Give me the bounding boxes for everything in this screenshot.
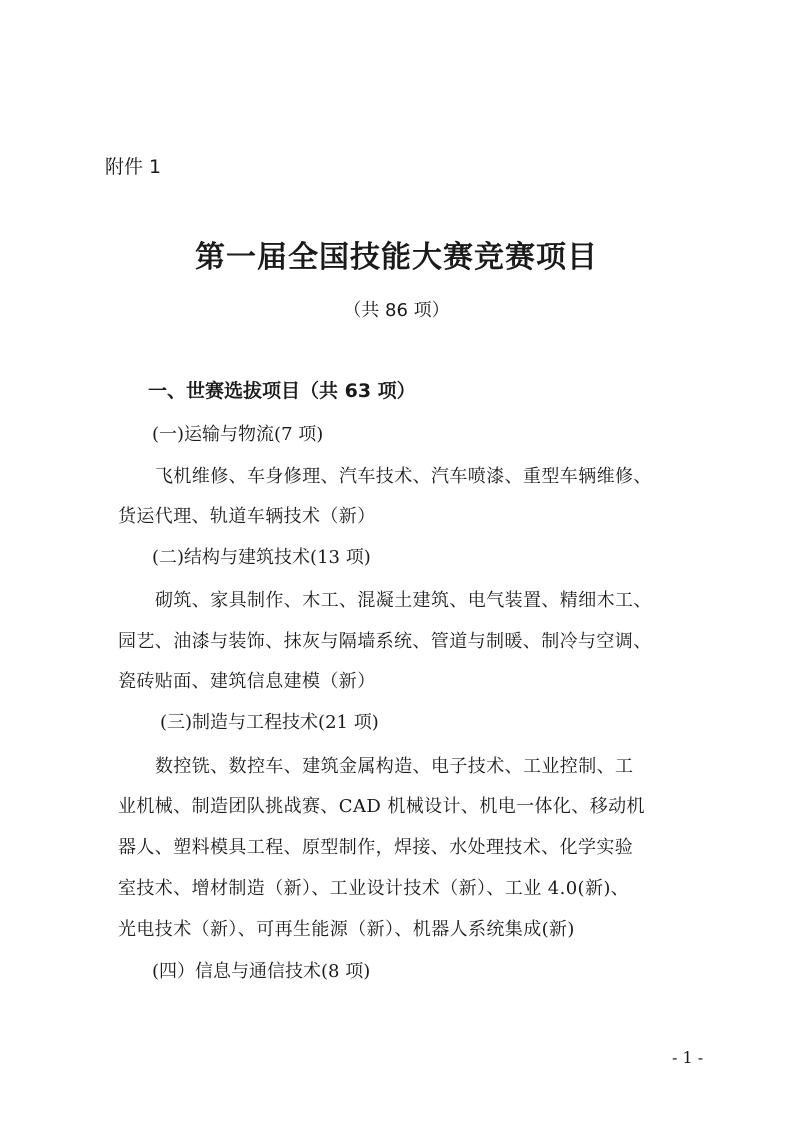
attachment-label: 附件 1 (105, 152, 161, 179)
group-line: 器人、塑料模具工程、原型制作，焊接、水处理技术、化学实验 (118, 833, 633, 859)
group-heading-manufacturing: (三)制造与工程技术(21 项) (160, 708, 379, 734)
group-line: 业机械、制造团队挑战赛、CAD 机械设计、机电一体化、移动机 (118, 792, 645, 818)
group-line: 飞机维修、车身修理、汽车技术、汽车喷漆、重型车辆维修、 (155, 462, 652, 488)
group-line: 园艺、油漆与装饰、抹灰与隔墙系统、管道与制暖、制冷与空调、 (118, 627, 652, 653)
group-heading-ict: (四）信息与通信技术(8 项) (152, 957, 370, 983)
group-line: 数控铣、数控车、建筑金属构造、电子技术、工业控制、工 (155, 752, 633, 778)
section-heading: 一、世赛选拔项目（共 63 项） (148, 376, 416, 403)
group-line: 瓷砖贴面、建筑信息建模（新） (118, 667, 376, 693)
group-heading-construction: (二)结构与建筑技术(13 项) (152, 543, 371, 569)
page-number: - 1 - (672, 1048, 703, 1067)
document-subtitle: （共 86 项） (0, 296, 793, 322)
group-line: 室技术、增材制造（新）、工业设计技术（新）、工业 4.0(新)、 (118, 874, 629, 900)
group-heading-transport: (一)运输与物流(7 项) (152, 420, 323, 446)
group-line: 光电技术（新）、可再生能源（新）、机器人系统集成(新) (118, 915, 575, 941)
group-line: 货运代理、轨道车辆技术（新） (118, 502, 376, 528)
group-line: 砌筑、家具制作、木工、混凝土建筑、电气装置、精细木工、 (155, 586, 652, 612)
document-title: 第一届全国技能大赛竞赛项目 (0, 232, 793, 276)
